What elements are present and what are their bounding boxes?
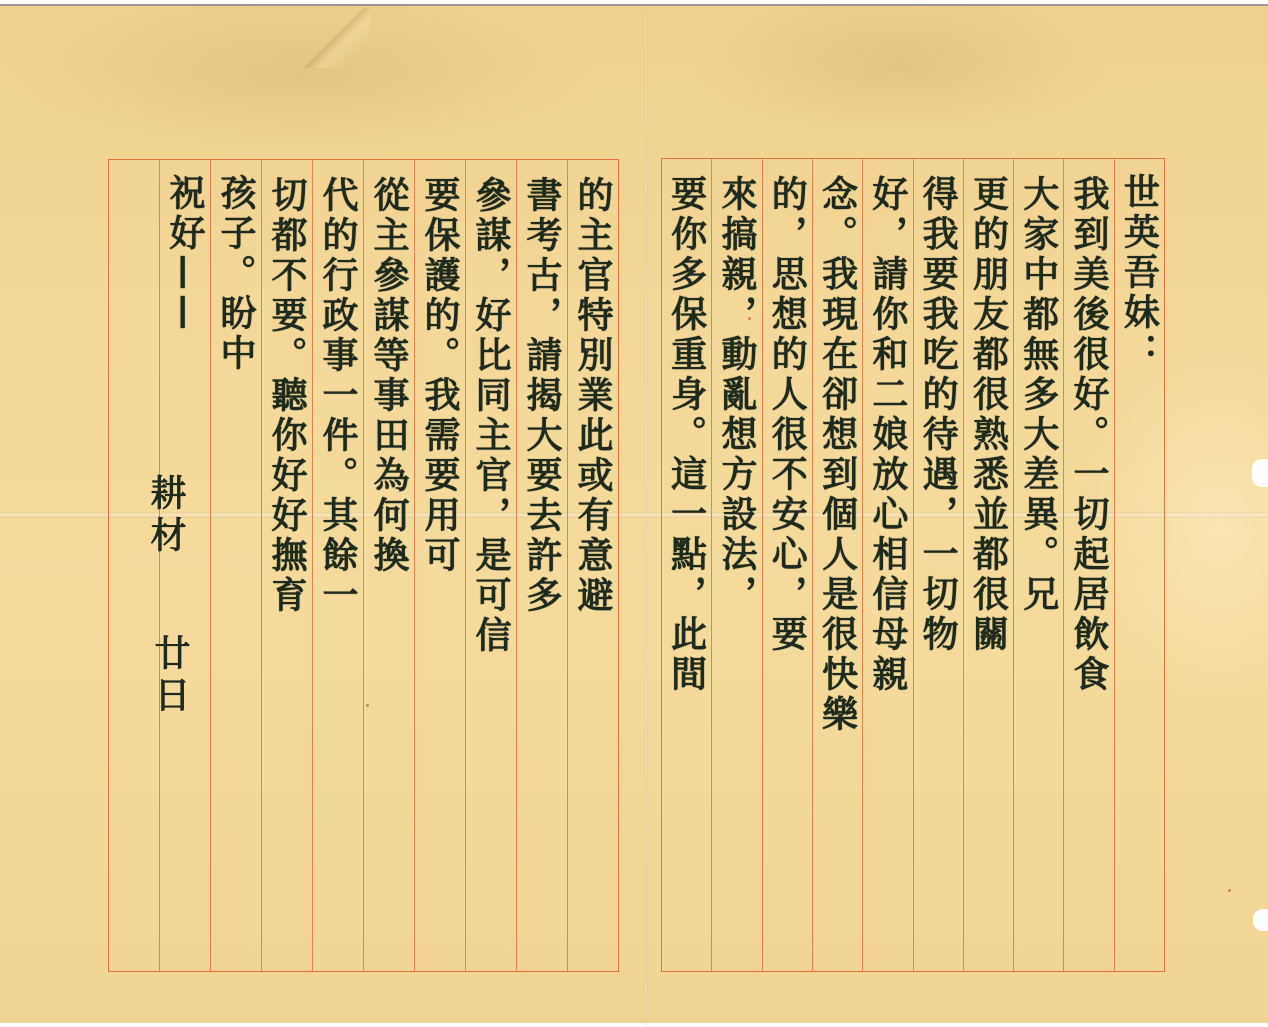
letter-line: 代的行政事一件。其餘一 (320, 176, 356, 616)
column: 念。我現在卻想到個人是很快樂 (812, 159, 862, 971)
column: 來搞親，動亂想方設法， (711, 159, 761, 971)
column: 要你多保重身。這一點，此間 (662, 159, 711, 971)
column: 好，請你和二娘放心相信母親 (862, 159, 912, 971)
column: 要保護的。我需要用可 (414, 160, 465, 971)
letter-line: 好，請你和二娘放心相信母親 (870, 175, 906, 695)
column: 世英吾妹： (1114, 159, 1164, 971)
signature-date: 廿日 (152, 634, 188, 718)
letter-line: 要你多保重身。這一點，此間 (669, 175, 705, 695)
paper-speck (366, 704, 369, 707)
letter-line: 的，思想的人很不安心，要 (769, 175, 805, 655)
letter-line: 得我要我吃的待遇，一切物 (920, 175, 956, 655)
column: 祝好—— (159, 160, 210, 971)
column: 的主官特別業此或有意避 (567, 160, 618, 971)
letter-line: 的主官特別業此或有意避 (575, 176, 611, 616)
column (109, 160, 159, 971)
column: 更的朋友都很熟悉並都很關 (963, 159, 1013, 971)
letter-line: 孩子。盼中 (218, 174, 254, 374)
letter-line: 書考古，請揭大要去許多 (524, 176, 560, 616)
paper-tear (1252, 459, 1268, 487)
paper-tear (1253, 909, 1268, 931)
letter-line: 更的朋友都很熟悉並都很關 (970, 175, 1006, 655)
paper-speck (1228, 889, 1231, 892)
right-page-grid: 世英吾妹： 我到美後很好。一切起居飲食 大家中都無多大差異。兄 更的朋友都很熟悉… (661, 158, 1165, 972)
letter-line: 切都不要。聽你好好撫育 (269, 176, 305, 616)
column: 切都不要。聽你好好撫育 (261, 160, 312, 971)
letter-line: 我到美後很好。一切起居飲食 (1071, 175, 1107, 695)
column: 代的行政事一件。其餘一 (312, 160, 363, 971)
column: 從主參謀等事田為何換 (363, 160, 414, 971)
column: 參謀，好比同主官，是可信 (465, 160, 516, 971)
letter-paper: 世英吾妹： 我到美後很好。一切起居飲食 大家中都無多大差異。兄 更的朋友都很熟悉… (0, 4, 1268, 1023)
letter-line: 從主參謀等事田為何換 (371, 176, 407, 576)
closing: 祝好—— (167, 174, 203, 334)
column: 的，思想的人很不安心，要 (762, 159, 812, 971)
letter-line: 大家中都無多大差異。兄 (1021, 175, 1057, 615)
column: 大家中都無多大差異。兄 (1013, 159, 1063, 971)
column: 孩子。盼中 (210, 160, 261, 971)
column: 我到美後很好。一切起居飲食 (1063, 159, 1113, 971)
letter-line: 來搞親，動亂想方設法， (719, 175, 755, 615)
letter-line: 參謀，好比同主官，是可信 (473, 176, 509, 656)
salutation: 世英吾妹： (1121, 173, 1157, 373)
left-page-grid: 的主官特別業此或有意避 書考古，請揭大要去許多 參謀，好比同主官，是可信 要保護… (108, 159, 619, 972)
signature-name: 耕材 (148, 474, 184, 558)
letter-line: 念。我現在卻想到個人是很快樂 (820, 175, 856, 735)
paper-speck (748, 317, 751, 320)
column: 書考古，請揭大要去許多 (516, 160, 567, 971)
paper-crease (300, 8, 370, 68)
letter-line: 要保護的。我需要用可 (422, 176, 458, 576)
column: 得我要我吃的待遇，一切物 (913, 159, 963, 971)
